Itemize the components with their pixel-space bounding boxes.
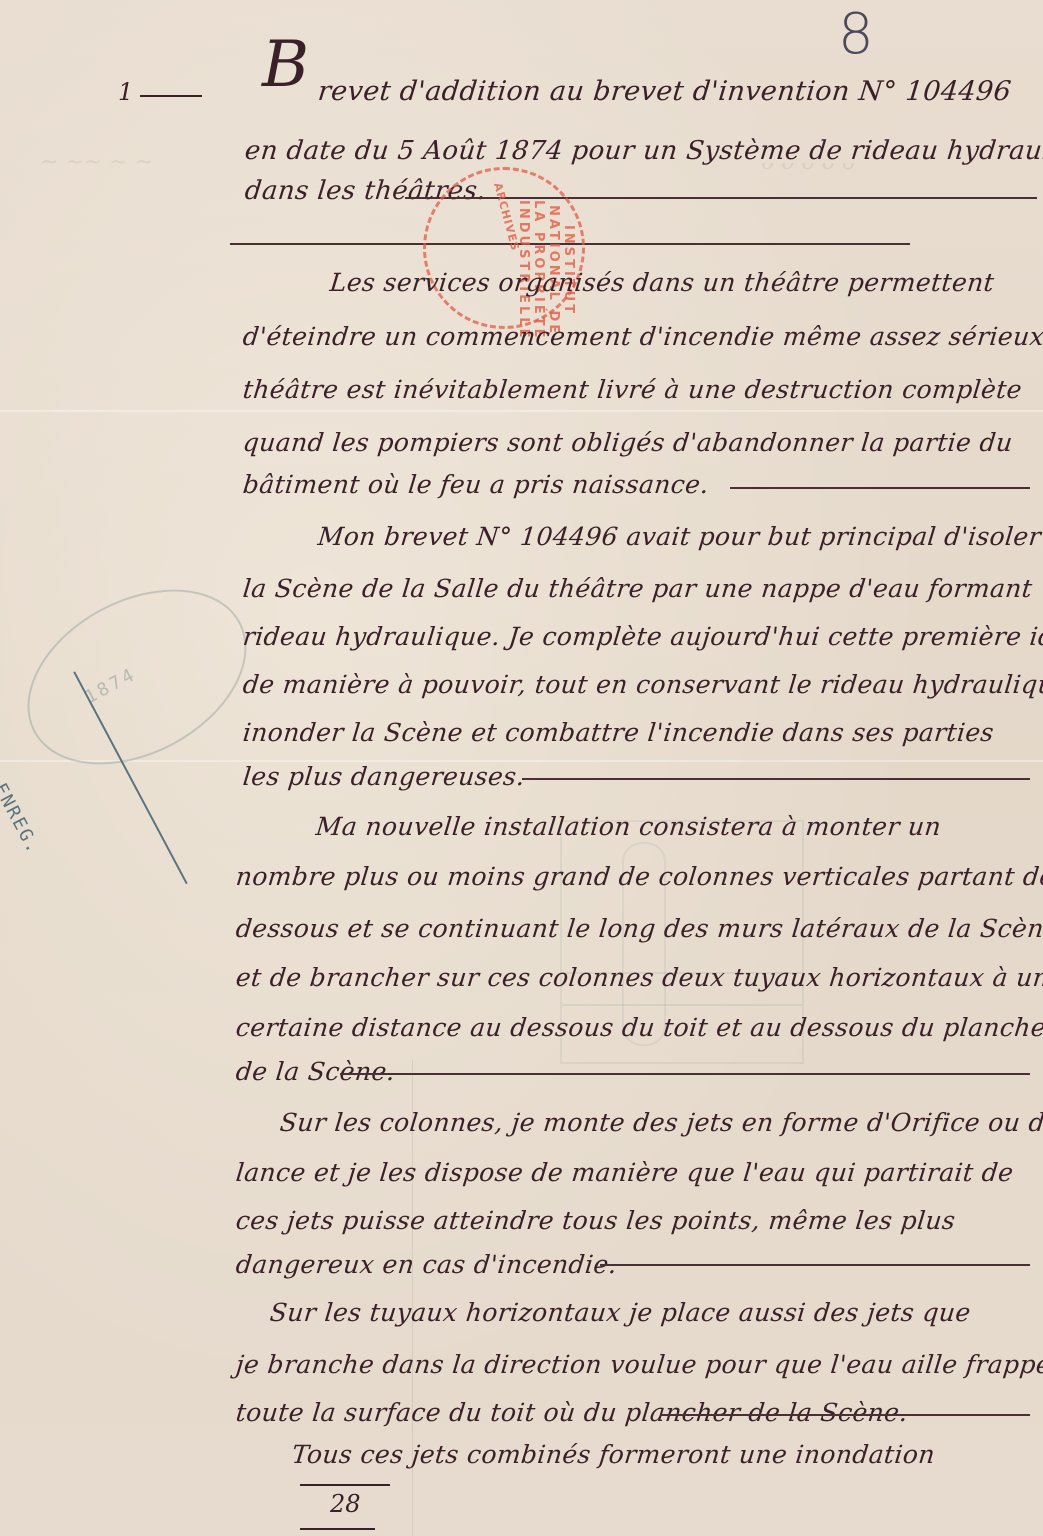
bleed-through-text: ~ ~~ ~ ~ [40,150,153,175]
text-line: Sur les tuyaux horizontaux je place auss… [268,1298,972,1327]
folio-rule [300,1528,375,1530]
line-filler-rule [600,1264,1030,1266]
red-archive-stamp: ARCHIVES INSTITUT NATIONAL DE LA PROPRIÉ… [423,167,585,329]
text-line: de manière à pouvoir, tout en conservant… [241,670,1043,699]
paper-fold [0,410,1043,412]
text-line: et de brancher sur ces colonnes deux tuy… [234,963,1043,992]
margin-dash [140,95,202,97]
line-filler-rule [522,778,1030,780]
text-line: rideau hydraulique. Je complète aujourd'… [241,622,1043,651]
text-line: ces jets puisse atteindre tous les point… [234,1206,956,1235]
folio-number: 28 [330,1490,361,1518]
text-line: toute la surface du toit où du plancher … [234,1398,909,1427]
text-line: de la Scène. [234,1057,396,1086]
text-line: les plus dangereuses. [241,762,526,791]
text-line: inonder la Scène et combattre l'incendie… [241,718,995,747]
text-line: dessous et se continuant le long des mur… [234,914,1043,943]
text-line: dangereux en cas d'incendie. [234,1250,618,1279]
text-line: bâtiment où le feu a pris naissance. [241,470,710,499]
text-line: je branche dans la direction voulue pour… [234,1350,1043,1379]
text-line: lance et je les dispose de manière que l… [234,1158,1015,1187]
text-line: quand les pompiers sont obligés d'abando… [241,428,1014,457]
title-line: revet d'addition au brevet d'invention N… [316,76,1012,107]
text-line: théâtre est inévitablement livré à une d… [241,375,1023,404]
line-filler-rule [730,487,1030,489]
manuscript-page: ᴗ ᴗ ᴗ ᴗ ᴗ ~ ~~ ~ ~ 1874 ENREG. 8 1 B rev… [0,0,1043,1536]
text-line: Les services organisés dans un théâtre p… [328,268,995,297]
title-line: en date du 5 Août 1874 pour un Système d… [243,136,1043,166]
text-line: Mon brevet N° 104496 avait pour but prin… [316,522,1042,551]
text-line: nombre plus ou moins grand de colonnes v… [234,862,1043,891]
text-line: Tous ces jets combinés formeront une ino… [290,1440,936,1469]
text-line: la Scène de la Salle du théâtre par une … [241,574,1033,603]
folio-rule [300,1484,390,1486]
text-line: Ma nouvelle installation consistera à mo… [314,812,942,841]
text-line: Sur les colonnes, je monte des jets en f… [278,1108,1043,1137]
line-filler-rule [660,1414,1030,1416]
page-number-pencil: 8 [838,2,874,67]
text-line: certaine distance au dessous du toit et … [234,1013,1043,1042]
text-line: d'éteindre un commencement d'incendie mê… [241,322,1043,351]
title-initial: B [262,28,309,102]
line-filler-rule [340,1073,1030,1075]
margin-number: 1 [118,78,133,106]
